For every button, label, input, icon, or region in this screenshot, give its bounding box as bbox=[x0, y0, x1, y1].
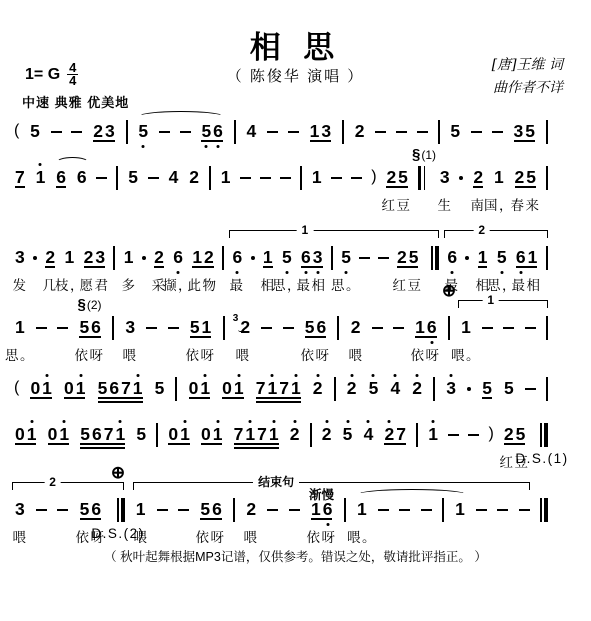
note-digit: 1 bbox=[26, 424, 38, 444]
note-digit: 3 bbox=[94, 247, 106, 267]
note-digit: 5 bbox=[525, 167, 537, 187]
note-digit: 1 bbox=[460, 317, 472, 337]
note-digit: 1 bbox=[266, 378, 278, 398]
note-token: 1 bbox=[460, 317, 472, 337]
note-digit: 6 bbox=[91, 424, 103, 444]
barline bbox=[546, 246, 548, 270]
note-token: 2 bbox=[354, 121, 366, 141]
duration-dash bbox=[289, 509, 300, 511]
lyric: 依呀 bbox=[301, 344, 331, 364]
note-token: 3 bbox=[14, 247, 26, 267]
lyric: 喂。 bbox=[347, 526, 377, 546]
barline bbox=[433, 377, 435, 401]
note-digit: 7 bbox=[256, 424, 268, 444]
volta-bracket: 2 bbox=[12, 482, 124, 490]
phrase-paren: ( bbox=[14, 378, 19, 398]
note-digit: 1 bbox=[477, 247, 489, 267]
barline bbox=[546, 120, 548, 144]
note-digit: 2 bbox=[385, 167, 397, 187]
note-digit: 6 bbox=[172, 247, 184, 267]
note-digit: 5 bbox=[304, 317, 316, 337]
duration-dash bbox=[393, 327, 404, 329]
bracket-label: 1 bbox=[297, 223, 314, 237]
note-digit: 1 bbox=[64, 247, 76, 267]
note-token: 7171 bbox=[233, 424, 280, 444]
barline bbox=[546, 166, 548, 190]
note-digit: 1 bbox=[14, 317, 26, 337]
note-token: 2 bbox=[350, 317, 362, 337]
barline bbox=[442, 498, 444, 522]
note-token: 5 bbox=[503, 378, 515, 398]
duration-dash bbox=[378, 257, 389, 259]
duration-dash bbox=[71, 131, 82, 133]
note-token: 3 bbox=[445, 378, 457, 398]
note-token: 1 bbox=[35, 167, 47, 187]
note-token: 5 bbox=[342, 424, 354, 444]
time-signature: 4 4 bbox=[67, 62, 78, 87]
repeat-dots bbox=[427, 246, 429, 270]
note-token: 5 bbox=[135, 424, 147, 444]
note-digit: 7 bbox=[233, 424, 245, 444]
lyric: 喂 bbox=[244, 526, 259, 546]
barline bbox=[331, 246, 333, 270]
slur bbox=[138, 111, 224, 122]
bar-thin bbox=[540, 498, 542, 522]
key-label: 1= G bbox=[25, 66, 60, 84]
repeat-dots bbox=[536, 423, 538, 447]
note-digit: 0 bbox=[14, 424, 26, 444]
note-token: 4 bbox=[389, 378, 401, 398]
tempo-expression: 中速 典雅 优美地 bbox=[22, 92, 129, 111]
note-token: 6 bbox=[231, 247, 243, 267]
note-digit: 4 bbox=[168, 167, 180, 187]
transcriber-note: （ 秋叶起舞根据MP3记谱，仅供参考。错误之处，敬请批评指正。 ） bbox=[0, 547, 591, 565]
duration-dash bbox=[267, 509, 278, 511]
duration-dash bbox=[146, 327, 157, 329]
bar-thin bbox=[424, 166, 426, 190]
lyric: 喂 bbox=[123, 344, 138, 364]
note-digit: 3 bbox=[439, 167, 451, 187]
note-digit: 6 bbox=[211, 499, 223, 519]
bar-thin bbox=[117, 498, 119, 522]
sheet-music-page: 相 思 （ 陈俊华 演唱 ） [唐]王维 词 曲作者不详 1= G 4 4 中速… bbox=[0, 0, 591, 621]
note-digit: 5 bbox=[368, 378, 380, 398]
note-token: 12 bbox=[191, 247, 214, 267]
note-digit: 5 bbox=[137, 121, 149, 141]
note-digit: 1 bbox=[75, 378, 87, 398]
note-digit: 5 bbox=[397, 167, 409, 187]
music-line-6: 010156715010171712254271)25红豆D.S.(1) bbox=[14, 424, 548, 446]
note-token: 5 bbox=[340, 247, 352, 267]
duration-dash bbox=[448, 434, 459, 436]
duration-dash bbox=[417, 131, 428, 133]
note-token: 13 bbox=[309, 121, 332, 141]
note-digit: 5 bbox=[340, 247, 352, 267]
duration-dash bbox=[492, 131, 503, 133]
duration-dash bbox=[178, 509, 189, 511]
barline bbox=[416, 423, 418, 447]
note-digit: 5 bbox=[481, 378, 493, 398]
segno-mark: §(1) bbox=[412, 146, 436, 163]
note-token: 61 bbox=[515, 247, 538, 267]
note-digit: 5 bbox=[342, 424, 354, 444]
note-digit: 2 bbox=[503, 424, 515, 444]
note-digit: 6 bbox=[90, 317, 102, 337]
bracket-label: 2 bbox=[473, 223, 490, 237]
note-digit: 1 bbox=[132, 378, 144, 398]
note-digit: 6 bbox=[300, 247, 312, 267]
note-token: 1 bbox=[64, 247, 76, 267]
time-sig-denominator: 4 bbox=[67, 75, 78, 87]
duration-dash bbox=[476, 509, 487, 511]
lyric: 生 bbox=[438, 194, 453, 214]
note-digit: 2 bbox=[245, 499, 257, 519]
note-digit: 0 bbox=[63, 378, 75, 398]
note-token: 2 bbox=[44, 247, 56, 267]
note-token: 3 bbox=[439, 167, 451, 187]
phrase-paren: ) bbox=[371, 167, 376, 187]
note-token: 56 bbox=[199, 499, 222, 519]
notes-row: (5235564132535 bbox=[14, 121, 548, 143]
music-line-5: (0101567150101717122542355 bbox=[14, 378, 548, 400]
lyric: 最 bbox=[230, 274, 245, 294]
bar-thick bbox=[435, 246, 439, 270]
bar-thick bbox=[544, 498, 548, 522]
note-token: 01 bbox=[221, 378, 244, 398]
barline bbox=[209, 166, 211, 190]
note-digit: 3 bbox=[320, 121, 332, 141]
note-digit: 1 bbox=[290, 378, 302, 398]
note-digit: 1 bbox=[311, 167, 323, 187]
lyric: 喂 bbox=[349, 344, 364, 364]
note-token: 2 bbox=[472, 167, 484, 187]
barline bbox=[233, 498, 235, 522]
bracket-label: 2 bbox=[44, 475, 61, 489]
note-token: 01 bbox=[29, 378, 52, 398]
lyric: 依呀 bbox=[196, 526, 226, 546]
duration-dash bbox=[525, 388, 536, 390]
notes-row: (0101567150101717122542355 bbox=[14, 378, 548, 400]
note-token: 1 bbox=[427, 424, 439, 444]
lyric: 愿君 bbox=[80, 274, 110, 294]
note-token: 2 bbox=[321, 424, 333, 444]
segno-icon: § bbox=[412, 146, 420, 163]
note-digit: 2 bbox=[239, 317, 251, 337]
duration-dash bbox=[148, 177, 159, 179]
note-digit: 2 bbox=[354, 121, 366, 141]
repeat-end-barline bbox=[427, 246, 439, 270]
note-digit: 1 bbox=[201, 317, 213, 337]
note-digit: 6 bbox=[446, 247, 458, 267]
note-digit: 2 bbox=[346, 378, 358, 398]
grace-note: 3 bbox=[233, 314, 239, 337]
note-digit: 2 bbox=[83, 247, 95, 267]
lyric: 思。 bbox=[5, 344, 35, 364]
duration-dash bbox=[503, 327, 514, 329]
note-digit: 3 bbox=[312, 247, 324, 267]
note-digit: 2 bbox=[289, 424, 301, 444]
note-digit: 1 bbox=[244, 424, 256, 444]
note-token: 5 bbox=[368, 378, 380, 398]
note-token: 1 bbox=[135, 499, 147, 519]
note-token: 01 bbox=[14, 424, 37, 444]
barline bbox=[342, 120, 344, 144]
note-digit: 2 bbox=[153, 247, 165, 267]
note-token: 35 bbox=[513, 121, 536, 141]
note-digit: 3 bbox=[124, 317, 136, 337]
note-digit: 1 bbox=[199, 378, 211, 398]
barline bbox=[337, 316, 339, 340]
note-digit: 5 bbox=[408, 247, 420, 267]
note-digit: 1 bbox=[179, 424, 191, 444]
lyric: 此物 bbox=[188, 274, 218, 294]
note-token: 4 bbox=[168, 167, 180, 187]
coda-icon: ⊕ bbox=[111, 465, 125, 481]
lyric: 春来 bbox=[511, 194, 541, 214]
duration-dash bbox=[288, 131, 299, 133]
note-token: 5671 bbox=[97, 378, 144, 398]
note-digit: 1 bbox=[309, 121, 321, 141]
lyric: 喂 bbox=[236, 344, 251, 364]
note-digit: 7 bbox=[103, 424, 115, 444]
note-token: 32 bbox=[235, 317, 251, 337]
notes-row: 010156715010171712254271)25 bbox=[14, 424, 548, 446]
note-digit: 2 bbox=[321, 424, 333, 444]
duration-dash bbox=[471, 131, 482, 133]
duration-dash bbox=[96, 177, 107, 179]
note-token: 01 bbox=[188, 378, 211, 398]
duration-dash bbox=[57, 509, 68, 511]
lyric: 依呀 bbox=[411, 344, 441, 364]
note-digit: 6 bbox=[55, 167, 67, 187]
notes-row: 32123126126156352561561 bbox=[14, 247, 548, 269]
notes-row: 15635132562161 bbox=[14, 317, 548, 339]
lyric: 国， bbox=[484, 194, 514, 214]
note-token: 2 bbox=[411, 378, 423, 398]
duration-dash bbox=[396, 131, 407, 133]
music-line-7: 356156216112结束句⊕渐慢喂依呀D.S.(2)喂依呀喂依呀喂。 bbox=[14, 499, 548, 521]
note-digit: 1 bbox=[212, 424, 224, 444]
note-digit: 5 bbox=[79, 424, 91, 444]
lyric: 红豆 bbox=[382, 194, 412, 214]
note-token: 5 bbox=[496, 247, 508, 267]
duration-dash bbox=[378, 509, 389, 511]
augmentation-dot bbox=[467, 387, 471, 391]
note-digit: 2 bbox=[514, 167, 526, 187]
note-digit: 0 bbox=[200, 424, 212, 444]
note-token: 25 bbox=[514, 167, 537, 187]
note-digit: 5 bbox=[281, 247, 293, 267]
note-digit: 1 bbox=[493, 167, 505, 187]
note-digit: 2 bbox=[472, 167, 484, 187]
note-digit: 0 bbox=[221, 378, 233, 398]
lyric: 最相 bbox=[297, 274, 327, 294]
note-digit: 2 bbox=[203, 247, 215, 267]
note-token: 27 bbox=[383, 424, 406, 444]
barline bbox=[300, 166, 302, 190]
slur bbox=[56, 157, 89, 168]
note-token: 1 bbox=[493, 167, 505, 187]
duration-dash bbox=[351, 177, 362, 179]
augmentation-dot bbox=[142, 256, 146, 260]
barline bbox=[156, 423, 158, 447]
lyric: 喂。 bbox=[451, 344, 481, 364]
notes-row: 716654211)2532125 bbox=[14, 167, 548, 189]
note-token: 01 bbox=[63, 378, 86, 398]
repeat-end-barline bbox=[112, 498, 124, 522]
augmentation-dot bbox=[465, 256, 469, 260]
augmentation-dot bbox=[459, 176, 463, 180]
note-token: 63 bbox=[300, 247, 323, 267]
note-digit: 7 bbox=[278, 378, 290, 398]
note-token: 51 bbox=[189, 317, 212, 337]
barline bbox=[344, 498, 346, 522]
duration-dash bbox=[359, 257, 370, 259]
duration-dash bbox=[482, 327, 493, 329]
note-token: 16 bbox=[414, 317, 437, 337]
lyric: 依呀 bbox=[75, 344, 105, 364]
note-token: 1 bbox=[311, 167, 323, 187]
note-token: 4 bbox=[363, 424, 375, 444]
augmentation-dot bbox=[251, 256, 255, 260]
note-token: 2 bbox=[289, 424, 301, 444]
duration-dash bbox=[240, 177, 251, 179]
note-digit: 4 bbox=[363, 424, 375, 444]
note-digit: 5 bbox=[503, 378, 515, 398]
note-digit: 1 bbox=[427, 424, 439, 444]
note-token: 1 bbox=[220, 167, 232, 187]
note-token: 3 bbox=[14, 499, 26, 519]
note-digit: 5 bbox=[524, 121, 536, 141]
note-digit: 7 bbox=[120, 378, 132, 398]
duration-dash bbox=[375, 131, 386, 133]
note-token: 1 bbox=[123, 247, 135, 267]
lyric: 依呀 bbox=[307, 526, 337, 546]
barline bbox=[438, 120, 440, 144]
note-token: 5 bbox=[29, 121, 41, 141]
duration-dash bbox=[51, 131, 62, 133]
note-digit: 1 bbox=[454, 499, 466, 519]
note-token: 1 bbox=[14, 317, 26, 337]
note-digit: 7 bbox=[255, 378, 267, 398]
note-digit: 3 bbox=[14, 499, 26, 519]
duration-dash bbox=[260, 177, 271, 179]
note-token: 4 bbox=[246, 121, 258, 141]
note-token: 7 bbox=[14, 167, 26, 187]
note-digit: 1 bbox=[414, 317, 426, 337]
note-digit: 5 bbox=[29, 121, 41, 141]
segno-label: (1) bbox=[421, 148, 436, 162]
lyric: 思。 bbox=[331, 274, 361, 294]
note-token: 7171 bbox=[255, 378, 302, 398]
note-digit: 1 bbox=[135, 499, 147, 519]
note-digit: 2 bbox=[383, 424, 395, 444]
composer-credit: 曲作者不详 bbox=[492, 77, 563, 100]
lyric: 红豆 bbox=[393, 274, 423, 294]
duration-dash bbox=[36, 509, 47, 511]
duration-dash bbox=[468, 434, 479, 436]
music-line-1: (5235564132535 bbox=[14, 121, 548, 143]
note-token: 25 bbox=[503, 424, 526, 444]
note-digit: 1 bbox=[114, 424, 126, 444]
note-digit: 6 bbox=[76, 167, 88, 187]
note-digit: 3 bbox=[104, 121, 116, 141]
credits-block: [唐]王维 词 曲作者不详 bbox=[492, 54, 563, 100]
note-token: 2 bbox=[346, 378, 358, 398]
note-token: 1 bbox=[262, 247, 274, 267]
barline bbox=[546, 377, 548, 401]
lyric: 最相 bbox=[512, 274, 542, 294]
bar-thin bbox=[540, 423, 542, 447]
note-digit: 6 bbox=[426, 317, 438, 337]
note-token: 56 bbox=[200, 121, 223, 141]
volta-bracket: 1 bbox=[458, 300, 548, 308]
duration-dash bbox=[399, 509, 410, 511]
note-token: 6 bbox=[55, 167, 67, 187]
note-digit: 1 bbox=[268, 424, 280, 444]
bar-thin bbox=[431, 246, 433, 270]
lyric: 喂 bbox=[134, 526, 149, 546]
note-token: 01 bbox=[167, 424, 190, 444]
note-digit: 5 bbox=[127, 167, 139, 187]
note-digit: 7 bbox=[395, 424, 407, 444]
note-digit: 5 bbox=[515, 424, 527, 444]
note-digit: 6 bbox=[90, 499, 102, 519]
note-token: 2 bbox=[153, 247, 165, 267]
final-barline bbox=[540, 498, 548, 522]
note-digit: 3 bbox=[14, 247, 26, 267]
bar-thick bbox=[544, 423, 548, 447]
note-token: 5 bbox=[281, 247, 293, 267]
note-token: 56 bbox=[79, 499, 102, 519]
barline bbox=[113, 246, 115, 270]
lyric: 发 bbox=[13, 274, 28, 294]
barline bbox=[116, 166, 118, 190]
duration-dash bbox=[525, 327, 536, 329]
note-token: 25 bbox=[396, 247, 419, 267]
note-digit: 1 bbox=[58, 424, 70, 444]
note-digit: 5 bbox=[135, 424, 147, 444]
music-line-3: 3212312612615635256156112发几枝，愿君多采撷，此物最相思… bbox=[14, 247, 548, 269]
note-digit: 2 bbox=[350, 317, 362, 337]
key-time-signature: 1= G 4 4 bbox=[25, 62, 78, 87]
note-token: 23 bbox=[83, 247, 106, 267]
duration-dash bbox=[331, 177, 342, 179]
note-digit: 0 bbox=[29, 378, 41, 398]
duration-dash bbox=[267, 131, 278, 133]
note-digit: 7 bbox=[14, 167, 26, 187]
note-digit: 1 bbox=[123, 247, 135, 267]
volta-bracket: 2 bbox=[444, 230, 548, 238]
note-digit: 6 bbox=[212, 121, 224, 141]
duration-dash bbox=[519, 509, 530, 511]
notes-row: 35615621611 bbox=[14, 499, 548, 521]
barline bbox=[222, 246, 224, 270]
lyric: 多 bbox=[122, 274, 137, 294]
note-digit: 5 bbox=[97, 378, 109, 398]
repeat-dots bbox=[112, 498, 114, 522]
note-token: 5671 bbox=[79, 424, 126, 444]
note-token: 1 bbox=[477, 247, 489, 267]
note-digit: 1 bbox=[191, 247, 203, 267]
note-digit: 2 bbox=[312, 378, 324, 398]
note-digit: 0 bbox=[167, 424, 179, 444]
music-line-4: 156351325621611§(2)⊕思。依呀喂依呀喂依呀喂依呀喂。 bbox=[14, 317, 548, 339]
note-digit: 2 bbox=[411, 378, 423, 398]
note-token: 01 bbox=[200, 424, 223, 444]
note-token: 1 bbox=[454, 499, 466, 519]
note-digit: 2 bbox=[396, 247, 408, 267]
